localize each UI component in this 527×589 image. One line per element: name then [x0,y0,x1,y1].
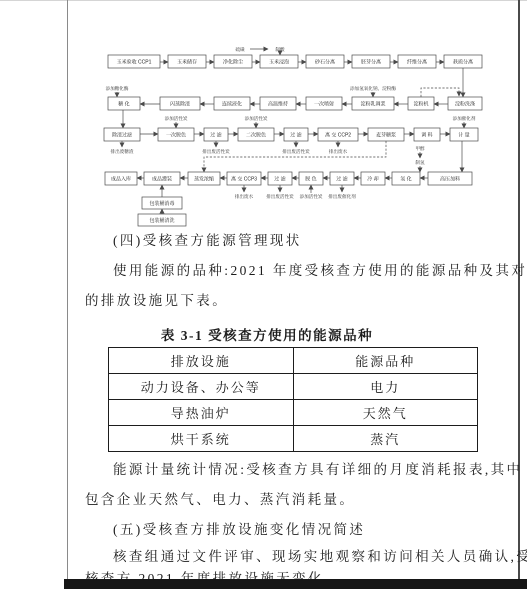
flow-float-label: 添加活性炭 [300,193,323,200]
flow-node-label: 氢 化 [400,175,411,182]
flow-node-label: 砂石分离 [315,58,335,65]
table-cell: 动力设备、办公等 [109,374,294,400]
flow-float-label: 添加催化剂 [453,115,476,122]
flow-node-label: 麸质分离 [453,58,473,65]
energy-table: 排放设施 能源品种 动力设备、办公等 电力 导热油炉 天然气 烘干系统 蒸汽 [108,347,478,452]
flow-node-label: 成品灌装 [152,175,172,182]
flow-node-label: 净化除尘 [223,58,243,65]
flow-node-label: 蒸发浓缩 [194,175,214,182]
table-header-cell: 排放设施 [109,348,294,374]
flow-node-label: 调 料 [421,131,432,138]
flow-node-label: 过 滤 [290,131,302,138]
table-row: 烘干系统 蒸汽 [109,426,478,452]
flow-float-label: 排出废活性炭 [202,148,230,155]
flow-node-label: 过 滤 [210,131,222,138]
flow-node-label: 玉米浸泡 [269,58,289,65]
flow-node-label: 包装桶清洗 [149,217,174,224]
flow-node-label: 高压加料 [440,175,460,182]
flow-node-label: 成品入库 [111,175,131,182]
flow-node-label: 包装桶消毒 [149,200,174,207]
table-cell: 导热油炉 [109,400,294,426]
flow-float-label: 甲醇 [415,145,425,152]
flow-edge [204,141,386,172]
page-top-edge [0,0,527,1]
flow-float-label: 排出废活性炭 [282,148,310,155]
flow-node-label: 计 量 [458,131,469,138]
flow-float-label: 添加糖化酶 [106,85,129,92]
table-cell: 电力 [293,374,478,400]
flow-float-label: 排出废糖渣 [111,148,134,155]
para1-line2: 的排放设施见下表。 [85,290,228,312]
table-header-cell: 能源品种 [293,348,478,374]
section4-heading: (四)受核查方能源管理现状 [113,230,302,252]
para1-line1: 使用能源的品种:2021 年度受核查方使用的能源品种及其对应 [113,260,527,282]
flow-node-label: 糖 化 [118,100,129,107]
flow-float-label: 排出废活性炭 [266,193,294,200]
flow-node-label: 闪蒸除渣 [170,100,190,107]
flow-float-label: 排出废水 [329,148,348,155]
table-title: 表 3-1 受核查方使用的能源品种 [85,324,449,344]
flow-float-label: 制氢 [415,159,425,166]
flow-node-label: 除渣过滤 [112,131,133,138]
flow-node-label: 玉米验收 CCP1 [117,58,152,65]
para3-line1: 核查组通过文件评审、现场实地观察和访问相关人员确认,受 [113,546,527,568]
flow-node-label: 一次脱色 [166,131,186,138]
table-header-row: 排放设施 能源品种 [109,348,478,374]
flow-float-label: 硫磺 [235,46,245,53]
flow-node-label: 过 滤 [274,175,286,182]
flow-float-label: 排出废水 [235,193,254,200]
flow-float-label: 排出废催化剂 [328,193,356,200]
flow-node-label: 玉米储存 [177,58,197,65]
flow-node-label: 二次脱色 [246,131,266,138]
table-row: 动力设备、办公等 电力 [109,374,478,400]
flow-node-label: 离 交 CCP3 [231,175,257,182]
flow-node-label: 一次喷射 [314,100,334,107]
flow-node-label: 过 滤 [336,175,348,182]
flow-float-label: 添加氢氧化钠、淀粉酶 [350,85,396,92]
flow-node-label: 麦芽糖浆 [376,131,396,138]
flow-float-label: 制酸 [275,46,285,53]
flow-float-label: 添加活性炭 [165,115,188,122]
flow-node-label: 淀粉洗涤 [455,100,476,107]
flow-node-label: 胚芽分离 [361,58,381,65]
table-cell: 蒸汽 [293,426,478,452]
flow-node-label: 淀粉机 [413,100,428,107]
page-right-border [518,0,520,589]
para2-line2: 包含企业天然气、电力、蒸汽消耗量。 [85,489,355,511]
flow-node-label: 连续液化 [222,100,242,107]
document-page: 玉米验收 CCP1玉米储存净化除尘玉米浸泡砂石分离胚芽分离纤维分离麸质分离淀粉洗… [0,0,527,589]
flow-node-label: 纤维分离 [407,58,427,65]
flow-edge [421,88,459,97]
flow-node-label: 冷 却 [367,175,378,182]
flow-node-label: 淀粉乳调浆 [360,100,385,107]
table-row: 导热油炉 天然气 [109,400,478,426]
process-flow-diagram: 玉米验收 CCP1玉米储存净化除尘玉米浸泡砂石分离胚芽分离纤维分离麸质分离淀粉洗… [95,44,487,230]
flow-node-label: 高温维持 [268,100,288,107]
page-bottom-bar [64,579,527,589]
table-cell: 天然气 [293,400,478,426]
flow-node-label: 脱 色 [305,175,316,182]
para2-line1: 能源计量统计情况:受核查方具有详细的月度消耗报表,其中 [113,459,522,481]
flow-float-label: 添加活性炭 [245,115,268,122]
table-cell: 烘干系统 [109,426,294,452]
page-left-border [67,0,68,589]
flow-node-label: 离 交 CCP2 [325,131,351,138]
section5-heading: (五)受核查方排放设施变化情况简述 [113,519,365,541]
